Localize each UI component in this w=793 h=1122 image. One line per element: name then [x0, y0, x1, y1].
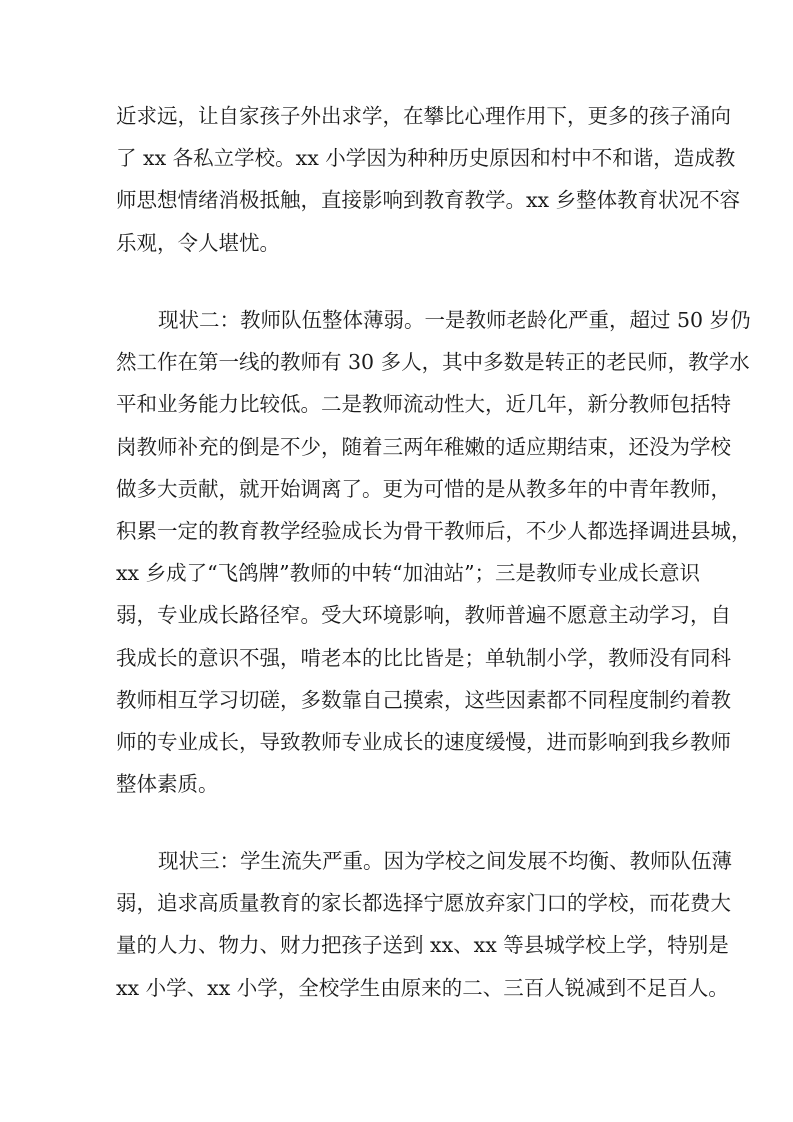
paragraph-status-three: 现状三：学生流失严重。因为学校之间发展不均衡、教师队伍薄 弱，追求高质量教育的家… [116, 840, 678, 1009]
text-line: 师的专业成长，导致教师专业成长的速度缓慢，进而影响到我乡教师 [116, 721, 678, 763]
text-line: 我成长的意识不强，啃老本的比比皆是；单轨制小学，教师没有同科 [116, 637, 678, 679]
text-line: 了 xx 各私立学校。xx 小学因为种种历史原因和村中不和谐，造成教 [116, 137, 678, 179]
text-line: 近求远，让自家孩子外出求学，在攀比心理作用下，更多的孩子涌向 [116, 95, 678, 137]
document-page: 近求远，让自家孩子外出求学，在攀比心理作用下，更多的孩子涌向 了 xx 各私立学… [0, 0, 793, 1122]
text-line: 然工作在第一线的教师有 30 多人，其中多数是转正的老民师，教学水 [116, 341, 678, 383]
text-line: 做多大贡献，就开始调离了。更为可惜的是从教多年的中青年教师， [116, 468, 678, 510]
text-line: 弱，追求高质量教育的家长都选择宁愿放弃家门口的学校，而花费大 [116, 882, 678, 924]
text-line: xx 小学、xx 小学，全校学生由原来的二、三百人锐减到不足百人。 [116, 967, 678, 1009]
text-line: 教师相互学习切磋，多数靠自己摸索，这些因素都不同程度制约着教 [116, 679, 678, 721]
text-line: 整体素质。 [116, 763, 678, 805]
text-line: xx 乡成了“飞鸽牌”教师的中转“加油站”；三是教师专业成长意识 [116, 552, 678, 594]
text-line: 弱，专业成长路径窄。受大环境影响，教师普遍不愿意主动学习，自 [116, 594, 678, 636]
text-line: 岗教师补充的倒是不少，随着三两年稚嫩的适应期结束，还没为学校 [116, 426, 678, 468]
paragraph-continuation: 近求远，让自家孩子外出求学，在攀比心理作用下，更多的孩子涌向 了 xx 各私立学… [116, 95, 678, 264]
text-line: 平和业务能力比较低。二是教师流动性大，近几年，新分教师包括特 [116, 383, 678, 425]
text-line: 乐观，令人堪忧。 [116, 222, 678, 264]
paragraph-status-two: 现状二：教师队伍整体薄弱。一是教师老龄化严重，超过 50 岁仍 然工作在第一线的… [116, 299, 678, 805]
text-line: 师思想情绪消极抵触，直接影响到教育教学。xx 乡整体教育状况不容 [116, 179, 678, 221]
text-line: 量的人力、物力、财力把孩子送到 xx、xx 等县城学校上学，特别是 [116, 924, 678, 966]
text-line: 现状三：学生流失严重。因为学校之间发展不均衡、教师队伍薄 [116, 840, 678, 882]
text-line: 积累一定的教育教学经验成长为骨干教师后，不少人都选择调进县城， [116, 510, 678, 552]
text-line: 现状二：教师队伍整体薄弱。一是教师老龄化严重，超过 50 岁仍 [116, 299, 678, 341]
